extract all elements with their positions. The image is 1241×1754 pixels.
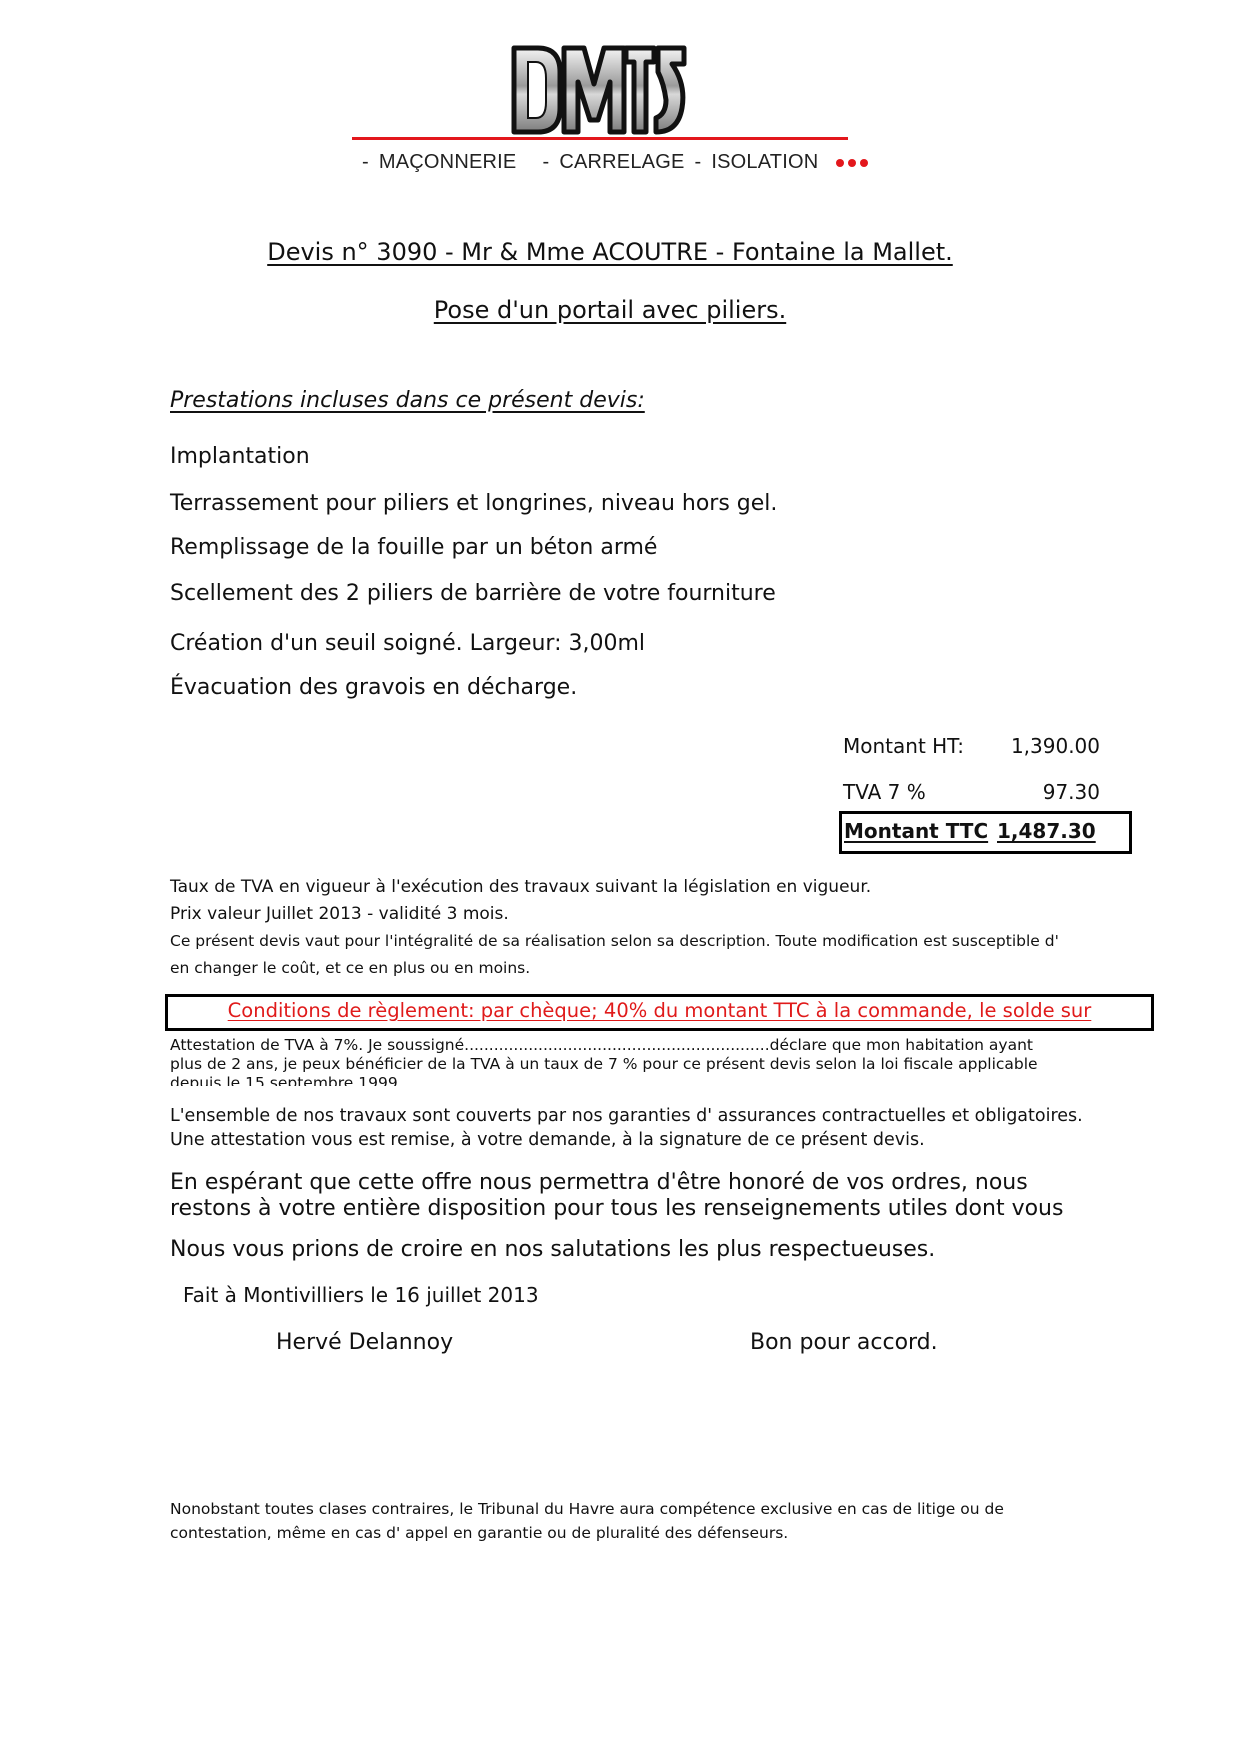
separator: - bbox=[695, 151, 702, 174]
client-approval-label: Bon pour accord. bbox=[750, 1330, 938, 1355]
jurisdiction-line1: Nonobstant toutes clases contraires, le … bbox=[170, 1497, 1004, 1521]
prestation-item: Évacuation des gravois en décharge. bbox=[170, 675, 577, 700]
tva-attestation: Attestation de TVA à 7%. Je soussigné...… bbox=[170, 1036, 1130, 1086]
prestation-item: Scellement des 2 piliers de barrière de … bbox=[170, 581, 776, 606]
total-ttc-label: Montant TTC bbox=[844, 819, 988, 843]
separator: - bbox=[362, 151, 369, 174]
closing-line2: restons à votre entière disposition pour… bbox=[170, 1196, 1170, 1222]
insurance-guarantees: L'ensemble de nos travaux sont couverts … bbox=[170, 1104, 1083, 1152]
ellipsis-dots-icon bbox=[836, 159, 868, 167]
place-and-date: Fait à Montivilliers le 16 juillet 2013 bbox=[183, 1283, 539, 1307]
prestation-item: Implantation bbox=[170, 444, 310, 469]
total-ht-label: Montant HT: bbox=[843, 734, 964, 758]
separator: - bbox=[542, 151, 549, 174]
jurisdiction-clause: Nonobstant toutes clases contraires, le … bbox=[170, 1497, 1004, 1545]
payment-conditions-text: Conditions de règlement: par chèque; 40%… bbox=[165, 999, 1154, 1022]
prestation-item: Création d'un seuil soigné. Largeur: 3,0… bbox=[170, 631, 645, 656]
jurisdiction-line2: contestation, même en cas d' appel en ga… bbox=[170, 1521, 1004, 1545]
service-masonry: MAÇONNERIE bbox=[379, 151, 517, 174]
integrality-note-line1: Ce présent devis vaut pour l'intégralité… bbox=[170, 932, 1059, 950]
closing-line1: En espérant que cette offre nous permett… bbox=[170, 1170, 1170, 1196]
prestation-item: Terrassement pour piliers et longrines, … bbox=[170, 491, 777, 516]
quote-title: Devis n° 3090 - Mr & Mme ACOUTRE - Fonta… bbox=[0, 238, 1220, 266]
guarantees-line2: Une attestation vous est remise, à votre… bbox=[170, 1128, 1083, 1152]
prestations-heading: Prestations incluses dans ce présent dev… bbox=[170, 388, 645, 413]
quote-subtitle: Pose d'un portail avec piliers. bbox=[0, 296, 1220, 324]
tva-value: 97.30 bbox=[960, 780, 1100, 804]
price-validity-note: Prix valeur Juillet 2013 - validité 3 mo… bbox=[170, 904, 509, 924]
guarantees-line1: L'ensemble de nos travaux sont couverts … bbox=[170, 1104, 1083, 1128]
salutations: Nous vous prions de croire en nos saluta… bbox=[170, 1237, 935, 1262]
logo-red-rule bbox=[352, 137, 848, 140]
prestation-item: Remplissage de la fouille par un béton a… bbox=[170, 535, 657, 560]
service-insulation: ISOLATION bbox=[711, 151, 818, 174]
attestation-line3: depuis le 15 septembre 1999 bbox=[170, 1074, 1130, 1086]
dmts-wordmark-logo bbox=[508, 44, 688, 136]
closing-paragraph: En espérant que cette offre nous permett… bbox=[170, 1170, 1170, 1224]
tva-label: TVA 7 % bbox=[843, 780, 926, 804]
attestation-line1: Attestation de TVA à 7%. Je soussigné...… bbox=[170, 1036, 1130, 1055]
logo-services-tagline: - MAÇONNERIE - CARRELAGE - ISOLATION bbox=[352, 151, 852, 174]
attestation-line2: plus de 2 ans, je peux bénéficier de la … bbox=[170, 1055, 1130, 1074]
total-ttc-value: 1,487.30 bbox=[997, 819, 1120, 843]
signatory-name: Hervé Delannoy bbox=[276, 1330, 453, 1355]
service-tiling: CARRELAGE bbox=[559, 151, 684, 174]
tva-rate-note: Taux de TVA en vigueur à l'exécution des… bbox=[170, 877, 871, 897]
integrality-note-line2: en changer le coût, et ce en plus ou en … bbox=[170, 959, 530, 977]
total-ht-value: 1,390.00 bbox=[960, 734, 1100, 758]
